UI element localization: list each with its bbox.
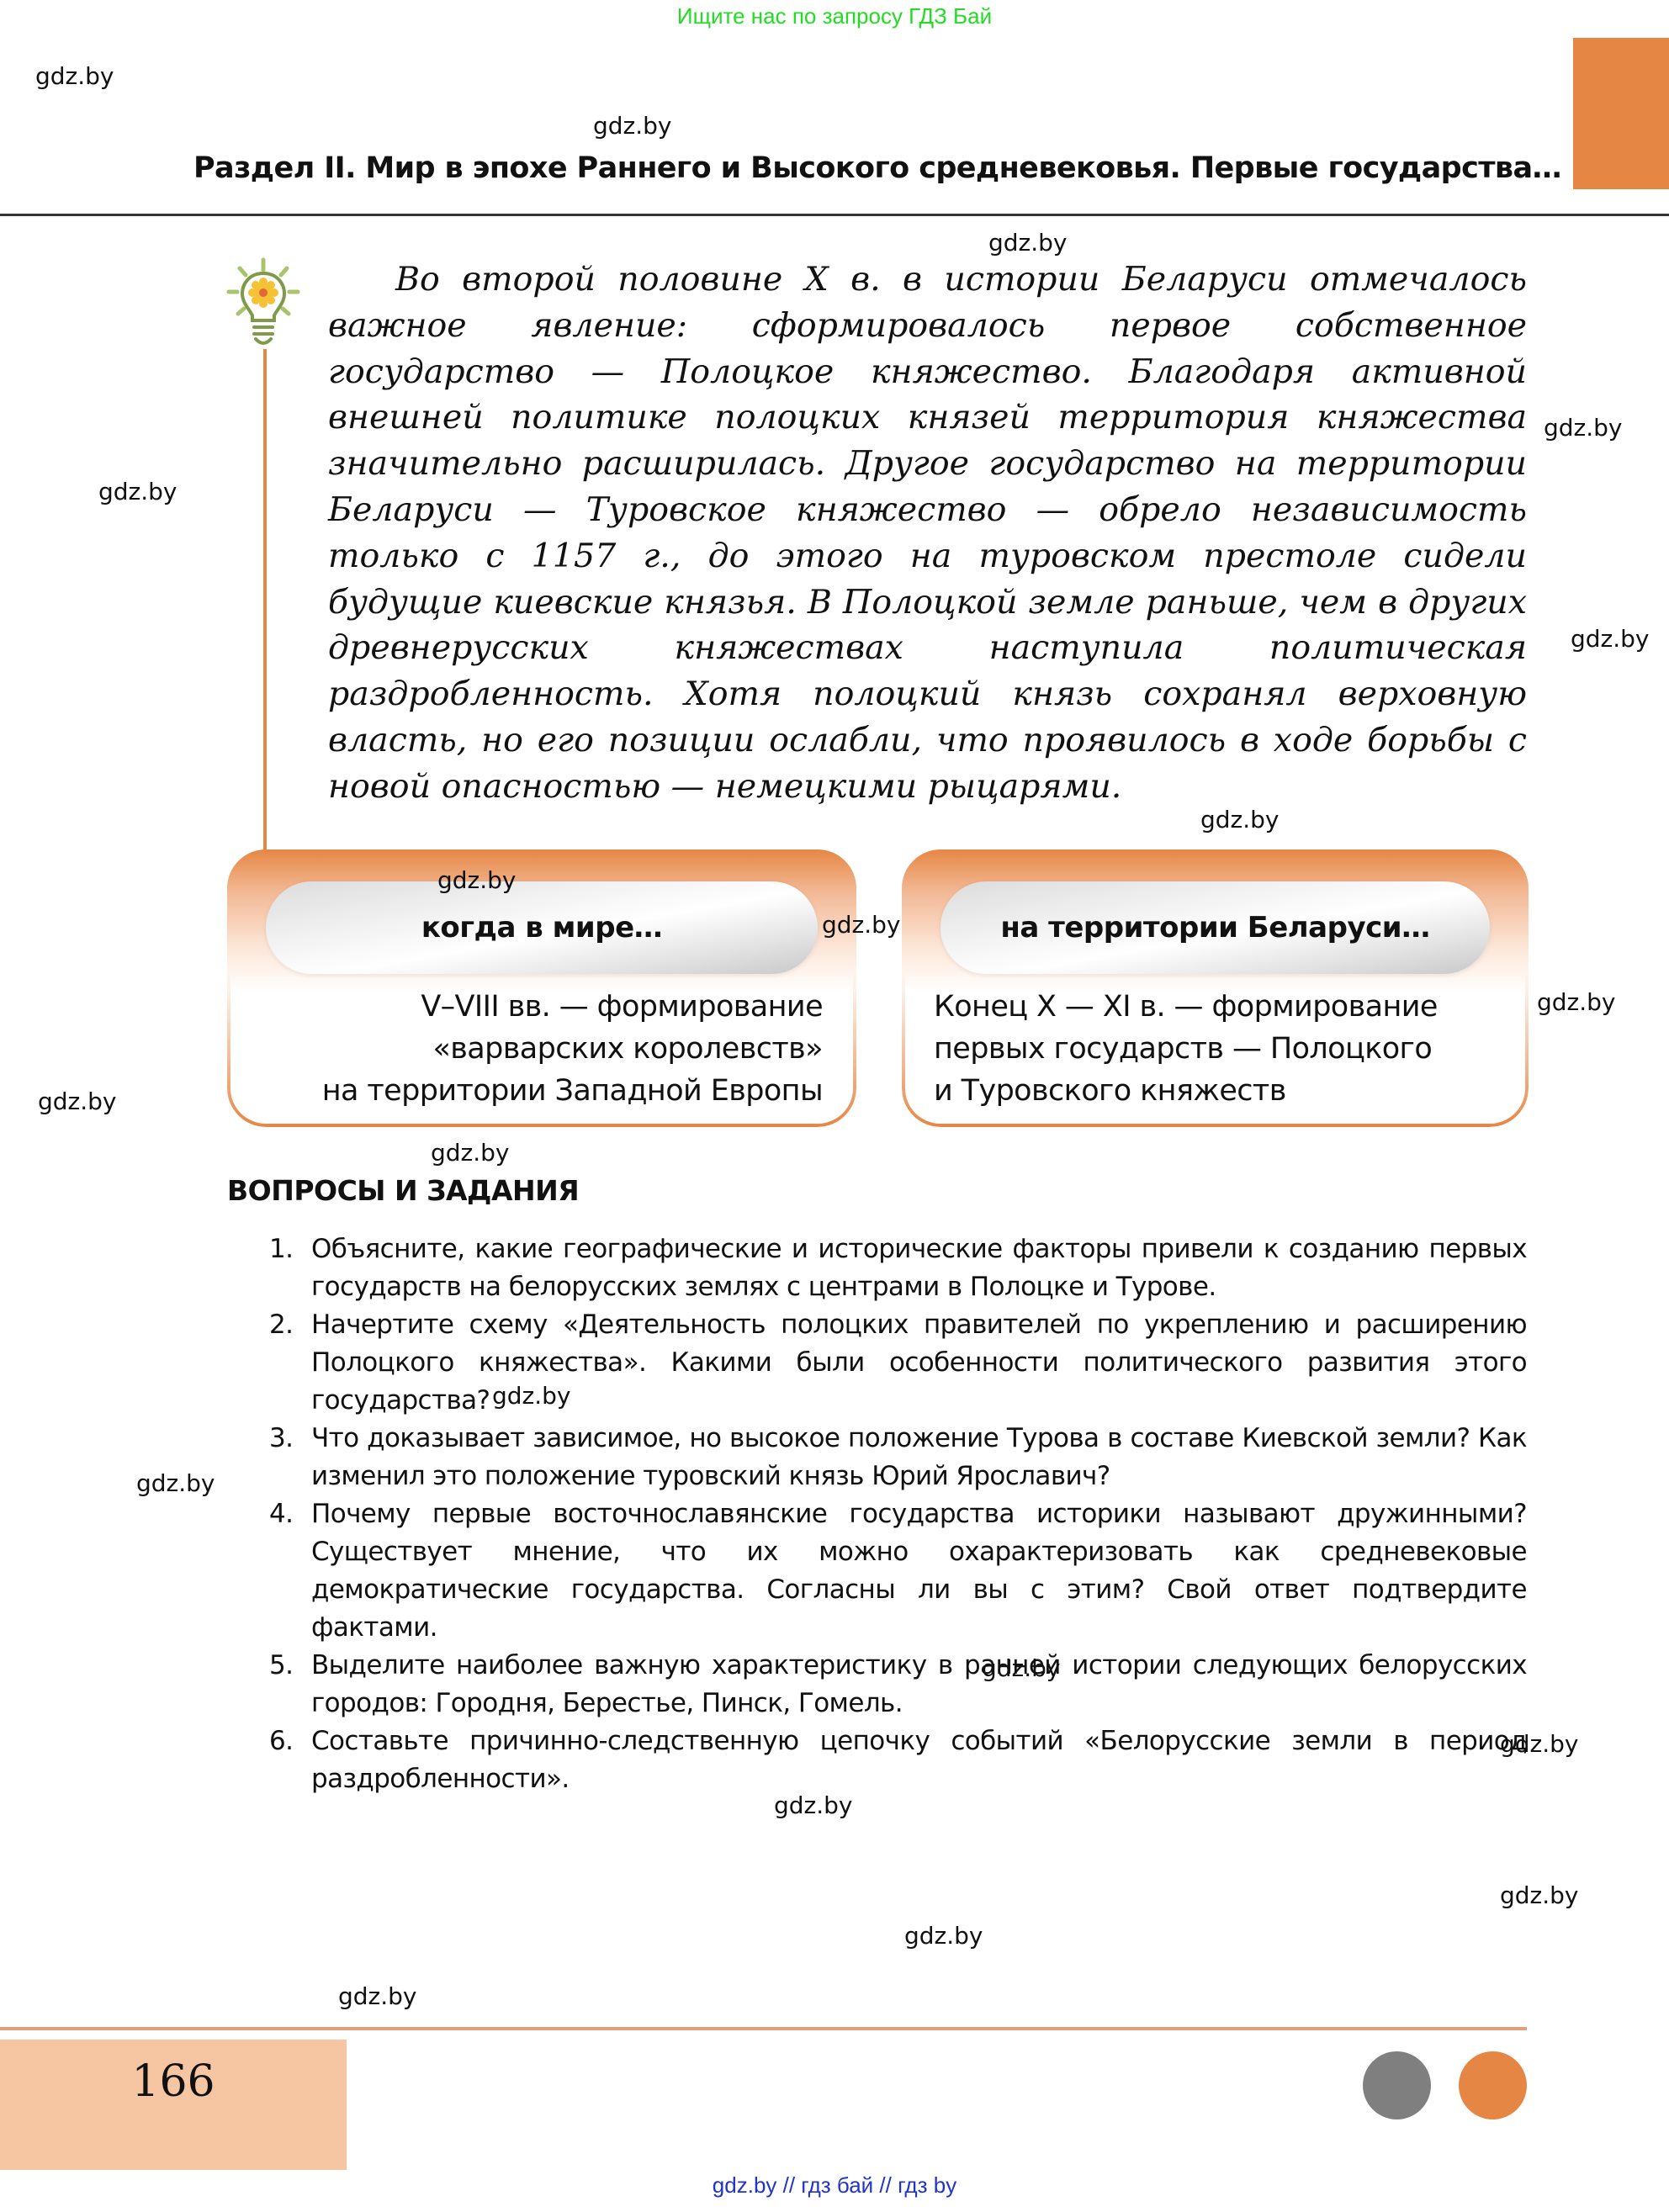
watermark: gdz.by [1571,625,1650,653]
timeline-line: на территории Западной Европы [322,1070,823,1112]
watermark: gdz.by [988,229,1068,257]
watermark: gdz.by [1544,414,1623,442]
lightbulb-idea-icon [225,257,301,349]
timeline-text-belarus: Конец X — XI в. — формирование первых го… [934,986,1438,1112]
timeline-line: V–VIII вв. — формирование [322,986,823,1028]
question-item: 3.Что доказывает зависимое, но высокое п… [269,1420,1527,1495]
timeline-box-world: когда в мире… V–VIII вв. — формирование … [227,849,856,1127]
promo-banner-bottom: gdz.by // гдз бай // гдз by [0,2172,1669,2199]
watermark: gdz.by [1500,1730,1579,1758]
main-paragraph-text: Во второй половине X в. в истории Белару… [328,257,1527,810]
watermark: gdz.by [774,1791,853,1819]
watermark: gdz.by [1200,806,1280,833]
orange-dot-decoration [1459,2051,1527,2119]
timeline-line: Конец X — XI в. — формирование [934,986,1438,1028]
section-title: Раздел II. Мир в эпохе Раннего и Высоког… [193,151,1539,185]
gray-dot-decoration [1363,2051,1431,2119]
watermark: gdz.by [904,1922,983,1950]
timeline-connector-line [263,349,267,854]
watermark: gdz.by [38,1087,117,1115]
question-item: 2.Начертите схему «Деятельность полоцких… [269,1306,1527,1420]
page-number: 166 [0,2056,347,2107]
corner-color-tab [1573,38,1669,189]
watermark: gdz.by [338,1982,417,2010]
timeline-heading-world: когда в мире… [266,881,818,974]
watermark: gdz.by [1537,988,1616,1016]
watermark: gdz.by [431,1139,510,1167]
watermark: gdz.by [136,1469,215,1497]
footer-divider [0,2027,1527,2030]
watermark: gdz.by [982,1654,1061,1682]
watermark: gdz.by [98,478,177,505]
timeline-line: «варварских королевств» [322,1028,823,1070]
question-item: 1.Объясните, какие географические и исто… [269,1230,1527,1306]
watermark: gdz.by [35,62,114,90]
promo-banner-top: Ищите нас по запросу ГДЗ Бай [0,3,1669,29]
timeline-line: первых государств — Полоцкого [934,1028,1438,1070]
timeline-text-world: V–VIII вв. — формирование «варварских ко… [322,986,823,1112]
watermark: gdz.by [437,866,517,894]
watermark: gdz.by [593,112,672,140]
questions-heading: ВОПРОСЫ И ЗАДАНИЯ [227,1174,579,1207]
main-paragraph: Во второй половине X в. в истории Белару… [328,257,1527,810]
question-item: 6.Составьте причинно-следственную цепочк… [269,1723,1527,1798]
header-divider [0,214,1669,216]
question-item: 4.Почему первые восточнославянские госуд… [269,1495,1527,1647]
questions-list: 1.Объясните, какие географические и исто… [269,1230,1527,1798]
watermark: gdz.by [822,911,901,939]
watermark: gdz.by [492,1382,571,1410]
watermark: gdz.by [1500,1881,1579,1909]
question-item: 5.Выделите наиболее важную характеристик… [269,1647,1527,1723]
timeline-line: и Туровского княжеств [934,1070,1438,1112]
timeline-heading-belarus: на территории Беларуси… [940,881,1490,974]
timeline-box-belarus: на территории Беларуси… Конец X — XI в. … [902,849,1529,1127]
